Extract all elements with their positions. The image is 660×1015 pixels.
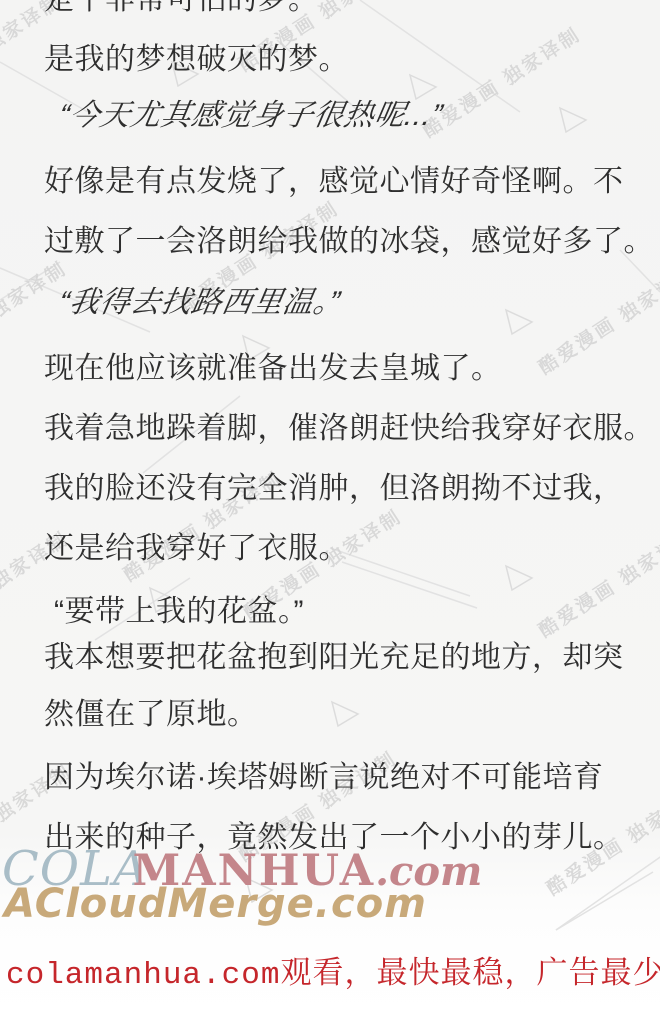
story-line: 现在他应该就准备出发去皇城了。 (44, 352, 502, 386)
story-line: 因为埃尔诺·埃塔姆断言说绝对不可能培育 (44, 761, 604, 795)
story-line: 是我的梦想破灭的梦。 (44, 43, 349, 77)
story-line-quote: “要带上我的花盆。” (54, 595, 304, 629)
manhua-text-page: 酷爱漫画 独家译制酷爱漫画 独家译制酷爱漫画 独家译制酷爱漫画 独家译制酷爱漫画… (0, 0, 660, 1015)
story-line-quote: “今天尤其感觉身子很热呢...” (56, 99, 445, 133)
story-line: 是个非常可怕的梦。 (44, 0, 319, 17)
story-line: 过敷了一会洛朗给我做的冰袋，感觉好多了。 (44, 225, 654, 259)
story-line: 然僵在了原地。 (44, 698, 258, 732)
story-line: 出来的种子，竟然发出了一个小小的芽儿。 (44, 821, 624, 855)
story-line: 我的脸还没有完全消肿，但洛朗拗不过我， (44, 472, 624, 506)
story-line-quote: “我得去找路西里温。” (56, 286, 342, 320)
story-text: 是个非常可怕的梦。 是我的梦想破灭的梦。 “今天尤其感觉身子很热呢...” 好像… (0, 0, 660, 1015)
story-line: 我着急地跺着脚，催洛朗赶快给我穿好衣服。 (44, 412, 654, 446)
footer-site-notice: colamanhua.com观看，最快最稳，广告最少 (6, 956, 660, 996)
story-line: 好像是有点发烧了，感觉心情好奇怪啊。不 (44, 165, 624, 199)
story-line: 还是给我穿好了衣服。 (44, 532, 349, 566)
story-line: 我本想要把花盆抱到阳光充足的地方，却突 (44, 641, 624, 675)
